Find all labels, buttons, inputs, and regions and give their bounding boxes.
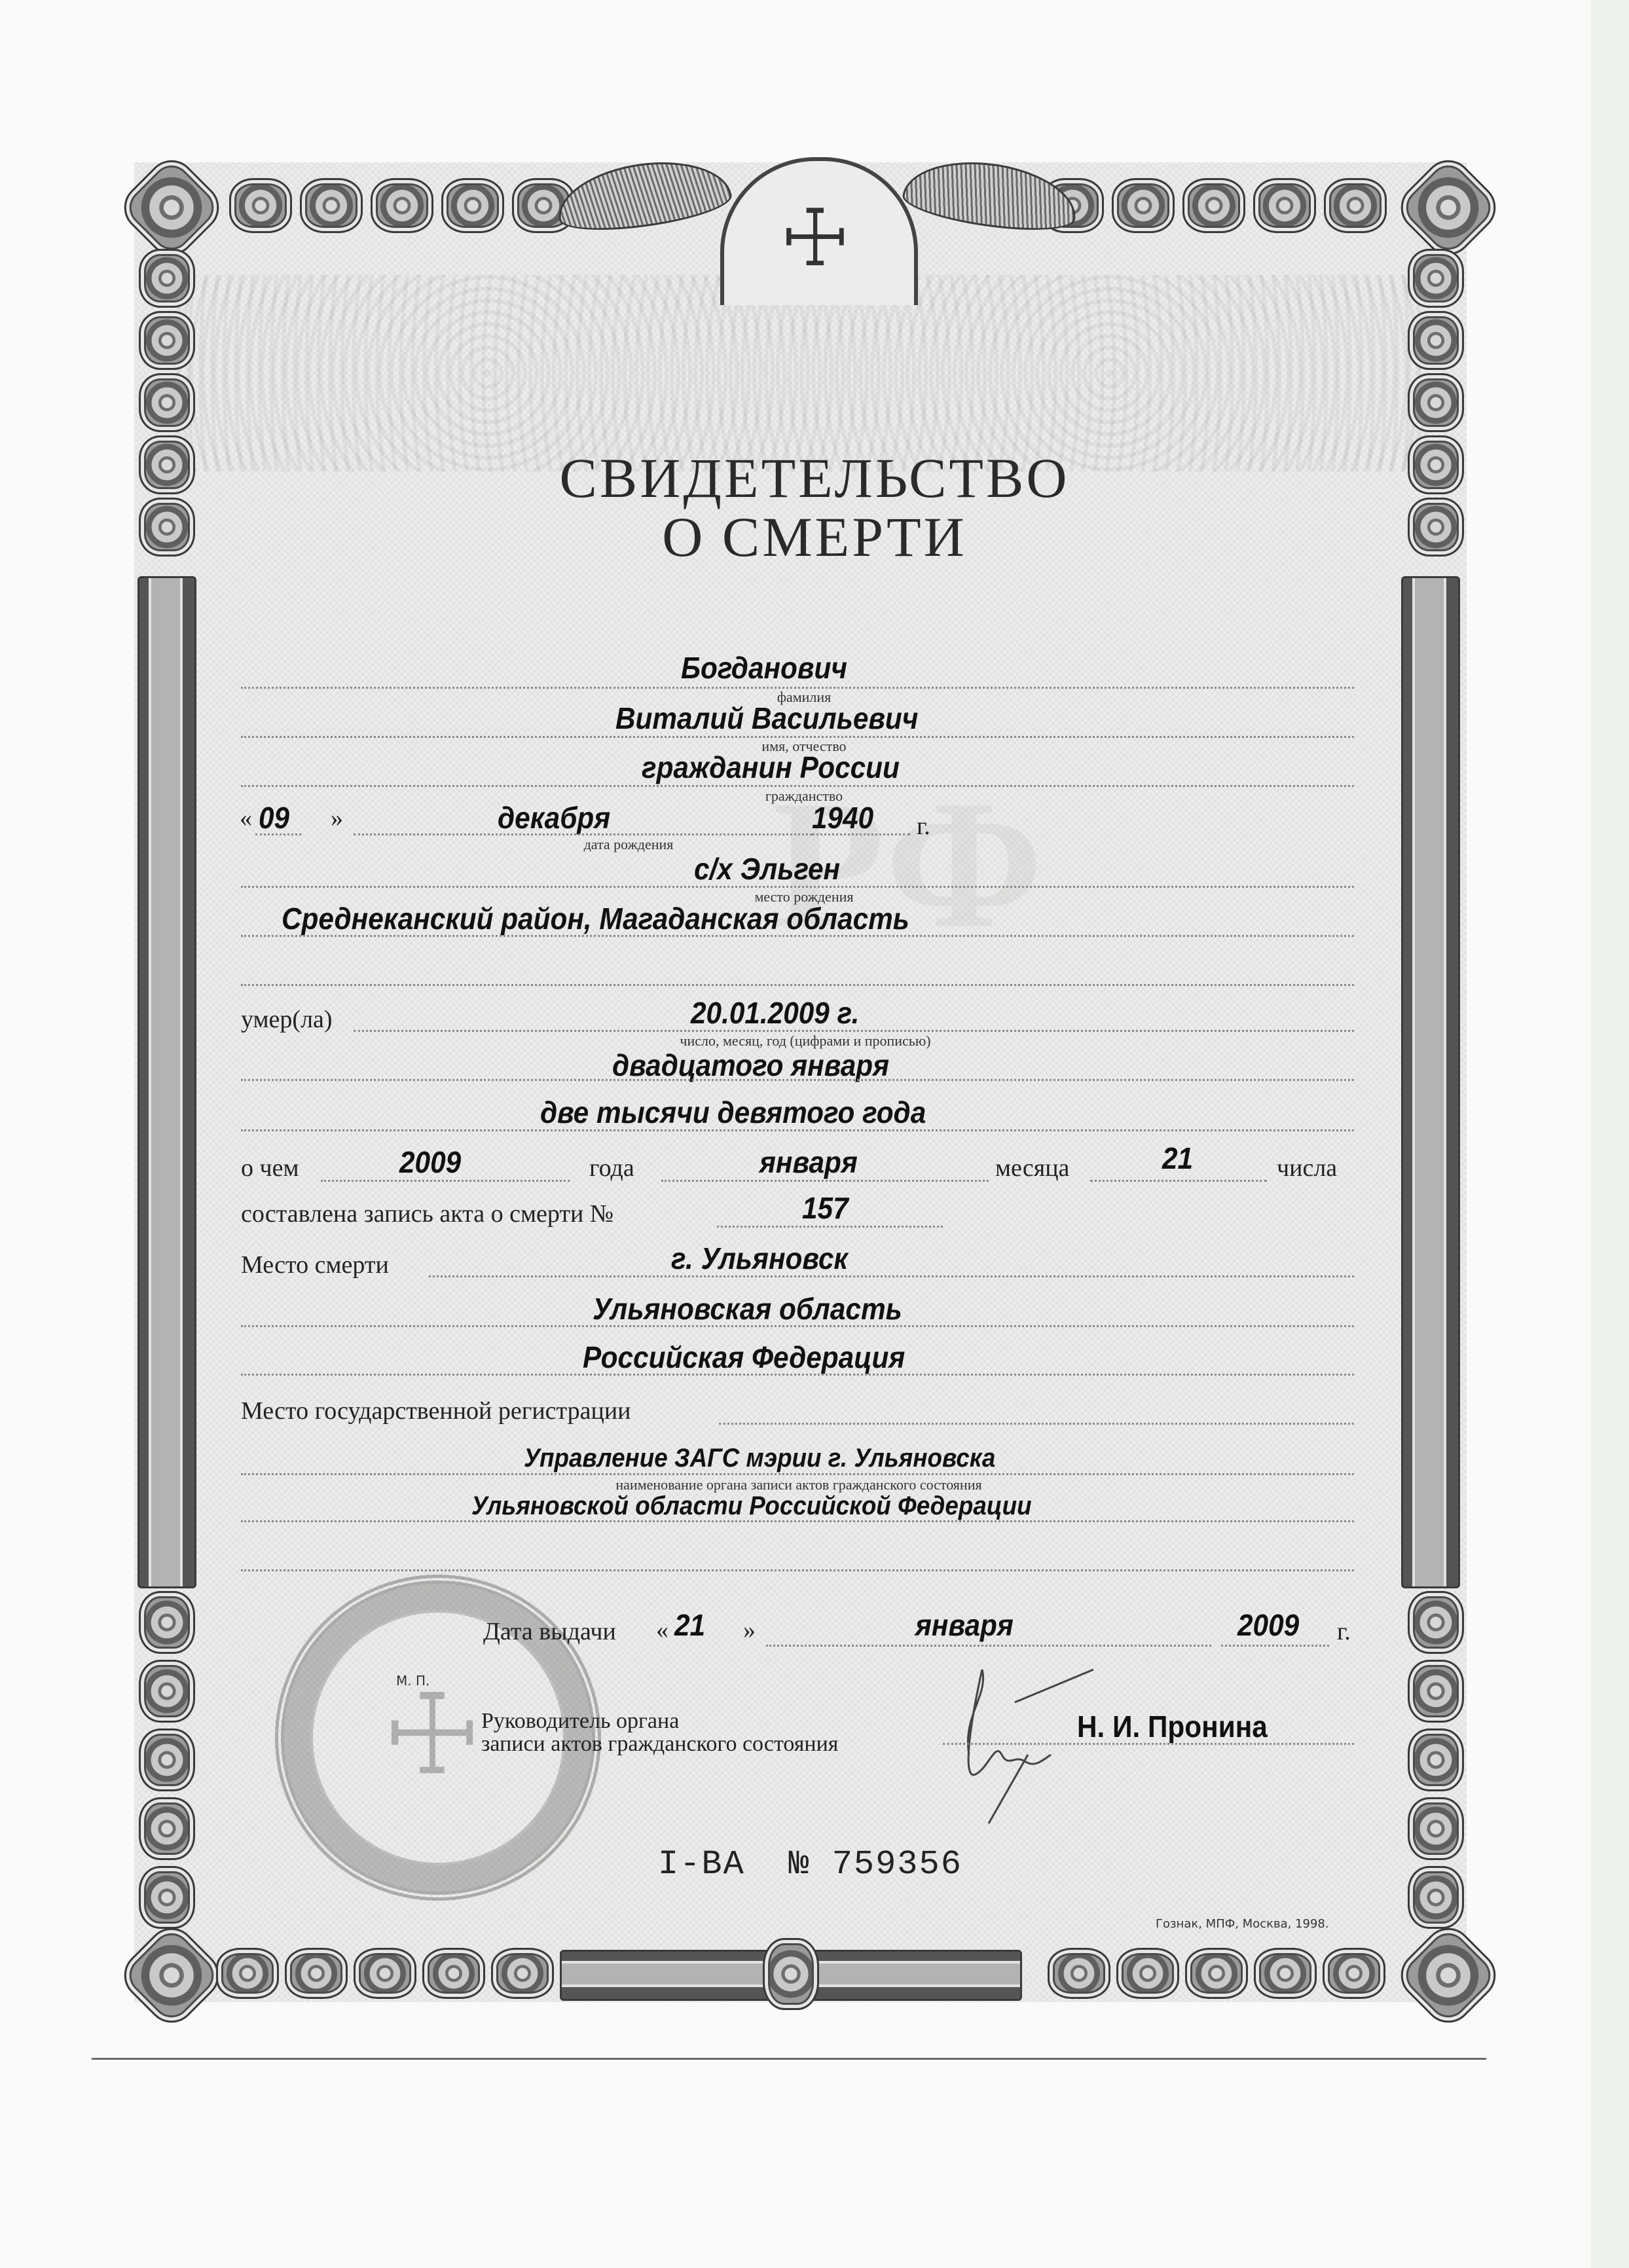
border-rosette [1185, 1948, 1248, 1999]
border-rosette [1116, 1948, 1179, 1999]
birth-month-value: декабря [498, 800, 610, 835]
record-month-line [661, 1180, 989, 1182]
form-serial-number: I-ВА № 759356 [658, 1845, 962, 1884]
record-year-label: года [589, 1154, 634, 1182]
name-patronymic-value: Виталий Васильевич [615, 701, 918, 736]
death-place-city: г. Ульяновск [671, 1241, 848, 1276]
death-place-region: Ульяновская область [593, 1291, 902, 1326]
border-rosette [139, 311, 195, 370]
death-date-line [354, 1030, 1354, 1032]
citizenship-line [241, 785, 1354, 787]
record-prefix-label: о чем [241, 1154, 299, 1182]
birth-year-suffix: г. [917, 812, 930, 841]
border-rosette [371, 178, 433, 233]
issue-year-line [1221, 1645, 1329, 1647]
double-headed-eagle-icon: ☩ [760, 190, 871, 288]
border-rosette [1408, 1660, 1464, 1723]
number-sign: № [788, 1845, 810, 1884]
border-rosette [1408, 249, 1464, 308]
record-day-line [1090, 1180, 1267, 1182]
scan-margin [1591, 0, 1629, 2268]
death-date-words-2: две тысячи девятого года [540, 1095, 926, 1130]
bottom-center-medallion [763, 1938, 819, 2010]
birth-day-open-quote: « [240, 804, 252, 833]
signatory-label-1: Руководитель органа [481, 1709, 679, 1734]
issue-month-value: января [915, 1607, 1014, 1643]
record-year-value: 2009 [399, 1144, 461, 1180]
border-rosette [1408, 1797, 1464, 1860]
died-label: умер(ла) [241, 1005, 333, 1034]
document-subtitle: О СМЕРТИ [0, 504, 1629, 570]
birth-day-line [255, 833, 301, 835]
left-border-rail [137, 576, 196, 1588]
death-words-line-2 [241, 1129, 1354, 1131]
registration-label: Место государственной регистрации [241, 1397, 631, 1425]
stamp-place-mark: М. П. [396, 1673, 430, 1689]
act-number-value: 157 [802, 1190, 849, 1226]
record-day-label: числа [1277, 1154, 1337, 1182]
border-rosette [139, 1866, 195, 1929]
border-rosette [285, 1948, 348, 1999]
blank-line-2 [241, 1569, 1354, 1571]
birth-place-value: с/х Эльген [694, 851, 840, 887]
birth-year-line [812, 833, 910, 835]
border-rosette [1048, 1948, 1110, 1999]
death-place-label: Место смерти [241, 1251, 389, 1279]
birth-place-line [241, 886, 1354, 888]
border-rosette [1408, 1728, 1464, 1791]
record-month-value: января [760, 1144, 858, 1180]
signatory-line [943, 1743, 1354, 1745]
birth-place-region-value: Среднеканский район, Магаданская область [282, 901, 909, 936]
border-rosette [1182, 178, 1245, 233]
border-rosette [139, 1797, 195, 1860]
border-rosette [139, 1660, 195, 1723]
act-number-line [717, 1226, 943, 1228]
birth-day-close-quote: » [331, 804, 343, 833]
death-words-line-1 [241, 1079, 1354, 1081]
issue-open-quote: « [656, 1616, 668, 1645]
border-rosette [139, 249, 195, 308]
issue-close-quote: » [743, 1616, 756, 1645]
record-year-line [321, 1180, 570, 1182]
signatory-label-2: записи актов гражданского состояния [481, 1732, 838, 1757]
death-date-words-1: двадцатого января [612, 1048, 889, 1083]
border-rosette [300, 178, 363, 233]
border-rosette [491, 1948, 554, 1999]
registration-line-1 [241, 1473, 1354, 1475]
death-place-line-3 [241, 1374, 1354, 1376]
form-number: 759356 [832, 1845, 962, 1884]
border-rosette [354, 1948, 416, 1999]
registration-line-2 [241, 1520, 1354, 1522]
birth-month-line [354, 833, 812, 835]
cut-line [92, 2058, 1486, 2060]
signatory-name: Н. И. Пронина [1077, 1709, 1268, 1744]
issue-year-suffix: г. [1337, 1617, 1351, 1646]
border-rosette [1254, 1948, 1317, 1999]
death-place-line-1 [429, 1275, 1354, 1277]
act-record-label: составлена запись акта о смерти № [241, 1199, 613, 1228]
border-rosette [1408, 1591, 1464, 1654]
death-place-country: Российская Федерация [583, 1340, 905, 1375]
border-rosette [441, 178, 504, 233]
registration-line-0 [719, 1423, 1354, 1425]
issue-year-value: 2009 [1237, 1607, 1299, 1643]
birth-year-value: 1940 [812, 800, 873, 835]
record-day-value: 21 [1162, 1141, 1193, 1176]
border-rosette [1408, 1866, 1464, 1929]
border-rosette [229, 178, 292, 233]
registration-region-value: Ульяновской области Российской Федерации [471, 1491, 1032, 1521]
border-rosette [139, 373, 195, 432]
issue-month-line [766, 1645, 1211, 1647]
birth-place-region-line [241, 935, 1354, 937]
birth-day-value: 09 [259, 800, 289, 835]
border-rosette [1253, 178, 1316, 233]
birth-date-caption: дата рождения [576, 836, 681, 853]
border-rosette [1408, 373, 1464, 432]
death-date-value: 20.01.2009 г. [691, 995, 859, 1031]
printer-imprint: Гознак, МПФ, Москва, 1998. [1156, 1917, 1329, 1931]
seal-eagle-icon: ☩ [367, 1663, 498, 1807]
document-title: СВИДЕТЕЛЬСТВО [0, 445, 1629, 511]
border-rosette [422, 1948, 485, 1999]
registration-body-value: Управление ЗАГС мэрии г. Ульяновска [524, 1444, 995, 1473]
border-rosette [139, 1728, 195, 1791]
blank-line [241, 984, 1354, 986]
border-rosette [1323, 1948, 1385, 1999]
death-place-line-2 [241, 1325, 1354, 1327]
border-rosette [1324, 178, 1387, 233]
record-month-label: месяца [995, 1154, 1069, 1182]
issue-date-label: Дата выдачи [483, 1617, 616, 1646]
border-rosette [216, 1948, 279, 1999]
issue-day-value: 21 [674, 1607, 705, 1643]
border-rosette [1112, 178, 1175, 233]
surname-value: Богданович [681, 650, 847, 686]
border-rosette [1408, 311, 1464, 370]
form-series: I-ВА [658, 1845, 745, 1884]
citizenship-value: гражданин России [642, 750, 900, 785]
right-border-rail [1401, 576, 1460, 1588]
border-rosette [139, 1591, 195, 1654]
